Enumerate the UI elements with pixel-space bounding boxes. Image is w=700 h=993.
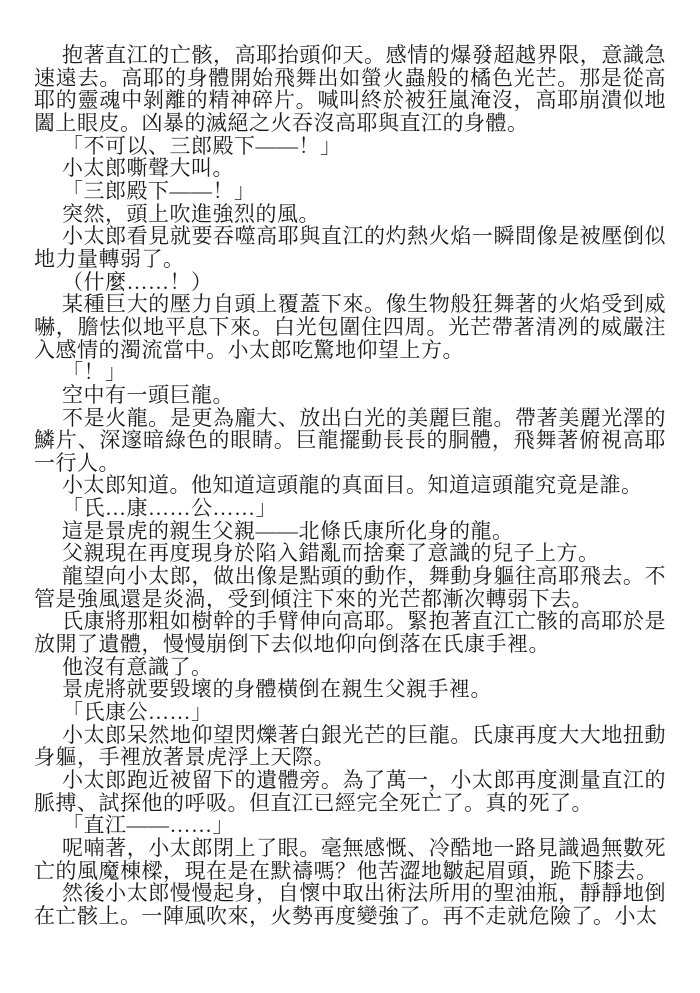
paragraph: 他沒有意識了。 xyxy=(34,656,666,679)
novel-page: 抱著直江的亡骸，高耶抬頭仰天。感情的爆發超越界限，意識急速遠去。高耶的身體開始飛… xyxy=(0,0,700,993)
paragraph: 「氏康公……」 xyxy=(34,701,666,724)
paragraph: 龍望向小太郎，做出像是點頭的動作，舞動身軀往高耶飛去。不管是強風還是炎渦，受到傾… xyxy=(34,565,666,610)
paragraph: 小太郎看見就要吞噬高耶與直江的灼熱火焰一瞬間像是被壓倒似地力量轉弱了。 xyxy=(34,225,666,270)
paragraph: 這是景虎的親生父親——北條氏康所化身的龍。 xyxy=(34,520,666,543)
paragraph: 抱著直江的亡骸，高耶抬頭仰天。感情的爆發超越界限，意識急速遠去。高耶的身體開始飛… xyxy=(34,44,666,135)
paragraph: 然後小太郎慢慢起身，自懷中取出術法所用的聖油瓶，靜靜地倒在亡骸上。一陣風吹來，火… xyxy=(34,882,666,927)
paragraph: 小太郎嘶聲大叫。 xyxy=(34,157,666,180)
paragraph: 小太郎知道。他知道這頭龍的真面目。知道這頭龍究竟是誰。 xyxy=(34,474,666,497)
paragraph: 空中有一頭巨龍。 xyxy=(34,384,666,407)
paragraph: 氏康將那粗如樹幹的手臂伸向高耶。緊抱著直江亡骸的高耶於是放開了遺體，慢慢崩倒下去… xyxy=(34,610,666,655)
paragraph: 小太郎跑近被留下的遺體旁。為了萬一，小太郎再度測量直江的脈搏、試探他的呼吸。但直… xyxy=(34,769,666,814)
paragraph: 「三郎殿下——！」 xyxy=(34,180,666,203)
paragraph: 小太郎呆然地仰望閃爍著白銀光芒的巨龍。氏康再度大大地扭動身軀，手裡放著景虎浮上天… xyxy=(34,724,666,769)
paragraph: 某種巨大的壓力自頭上覆蓋下來。像生物般狂舞著的火焰受到威嚇，膽怯似地平息下來。白… xyxy=(34,293,666,361)
paragraph: （什麼……！） xyxy=(34,271,666,294)
page-body: 抱著直江的亡骸，高耶抬頭仰天。感情的爆發超越界限，意識急速遠去。高耶的身體開始飛… xyxy=(34,44,666,928)
paragraph: 「不可以、三郎殿下——！」 xyxy=(34,135,666,158)
paragraph: 「氏…康……公……」 xyxy=(34,497,666,520)
paragraph: 突然，頭上吹進強烈的風。 xyxy=(34,203,666,226)
paragraph: 「！」 xyxy=(34,361,666,384)
paragraph: 不是火龍。是更為龐大、放出白光的美麗巨龍。帶著美麗光澤的鱗片、深邃暗綠色的眼睛。… xyxy=(34,407,666,475)
paragraph: 景虎將就要毀壞的身體橫倒在親生父親手裡。 xyxy=(34,678,666,701)
paragraph: 「直江——……」 xyxy=(34,814,666,837)
paragraph: 父親現在再度現身於陷入錯亂而捨棄了意識的兒子上方。 xyxy=(34,542,666,565)
paragraph: 呢喃著，小太郎閉上了眼。毫無感慨、冷酷地一路見識過無數死亡的風魔棟樑，現在是在默… xyxy=(34,837,666,882)
